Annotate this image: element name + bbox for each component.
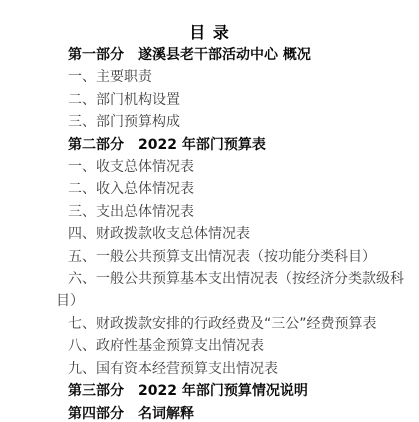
toc-section-heading: 第四部分 名词解释	[56, 403, 406, 422]
toc-entry: 七、财政拨款安排的行政经费及“三公”经费预算表	[56, 313, 406, 335]
toc-entry: 二、收入总体情况表	[56, 178, 406, 200]
toc-page: 目 录 第一部分 遂溪县老干部活动中心 概况 一、主要职责 二、部门机构设置 三…	[0, 0, 419, 422]
toc-section-heading: 第二部分 2022 年部门预算表	[56, 134, 406, 156]
toc-entry: 一、收支总体情况表	[56, 156, 406, 178]
toc-section-heading: 第三部分 2022 年部门预算情况说明	[56, 380, 406, 402]
toc-entry: 三、部门预算构成	[56, 111, 406, 133]
toc-entry: 二、部门机构设置	[56, 89, 406, 111]
page-title: 目 录	[0, 21, 419, 44]
toc-entry: 五、一般公共预算支出情况表（按功能分类科目）	[56, 246, 406, 268]
toc-entry: 三、支出总体情况表	[56, 201, 406, 223]
toc-entry: 一、主要职责	[56, 66, 406, 88]
toc-entry: 六、一般公共预算基本支出情况表（按经济分类款级科目）	[56, 268, 406, 313]
toc-section-heading: 第一部分 遂溪县老干部活动中心 概况	[56, 44, 406, 66]
toc-list: 第一部分 遂溪县老干部活动中心 概况 一、主要职责 二、部门机构设置 三、部门预…	[56, 44, 406, 422]
toc-entry: 八、政府性基金预算支出情况表	[56, 335, 406, 357]
toc-entry: 九、国有资本经营预算支出情况表	[56, 358, 406, 380]
toc-entry: 四、财政拨款收支总体情况表	[56, 223, 406, 245]
